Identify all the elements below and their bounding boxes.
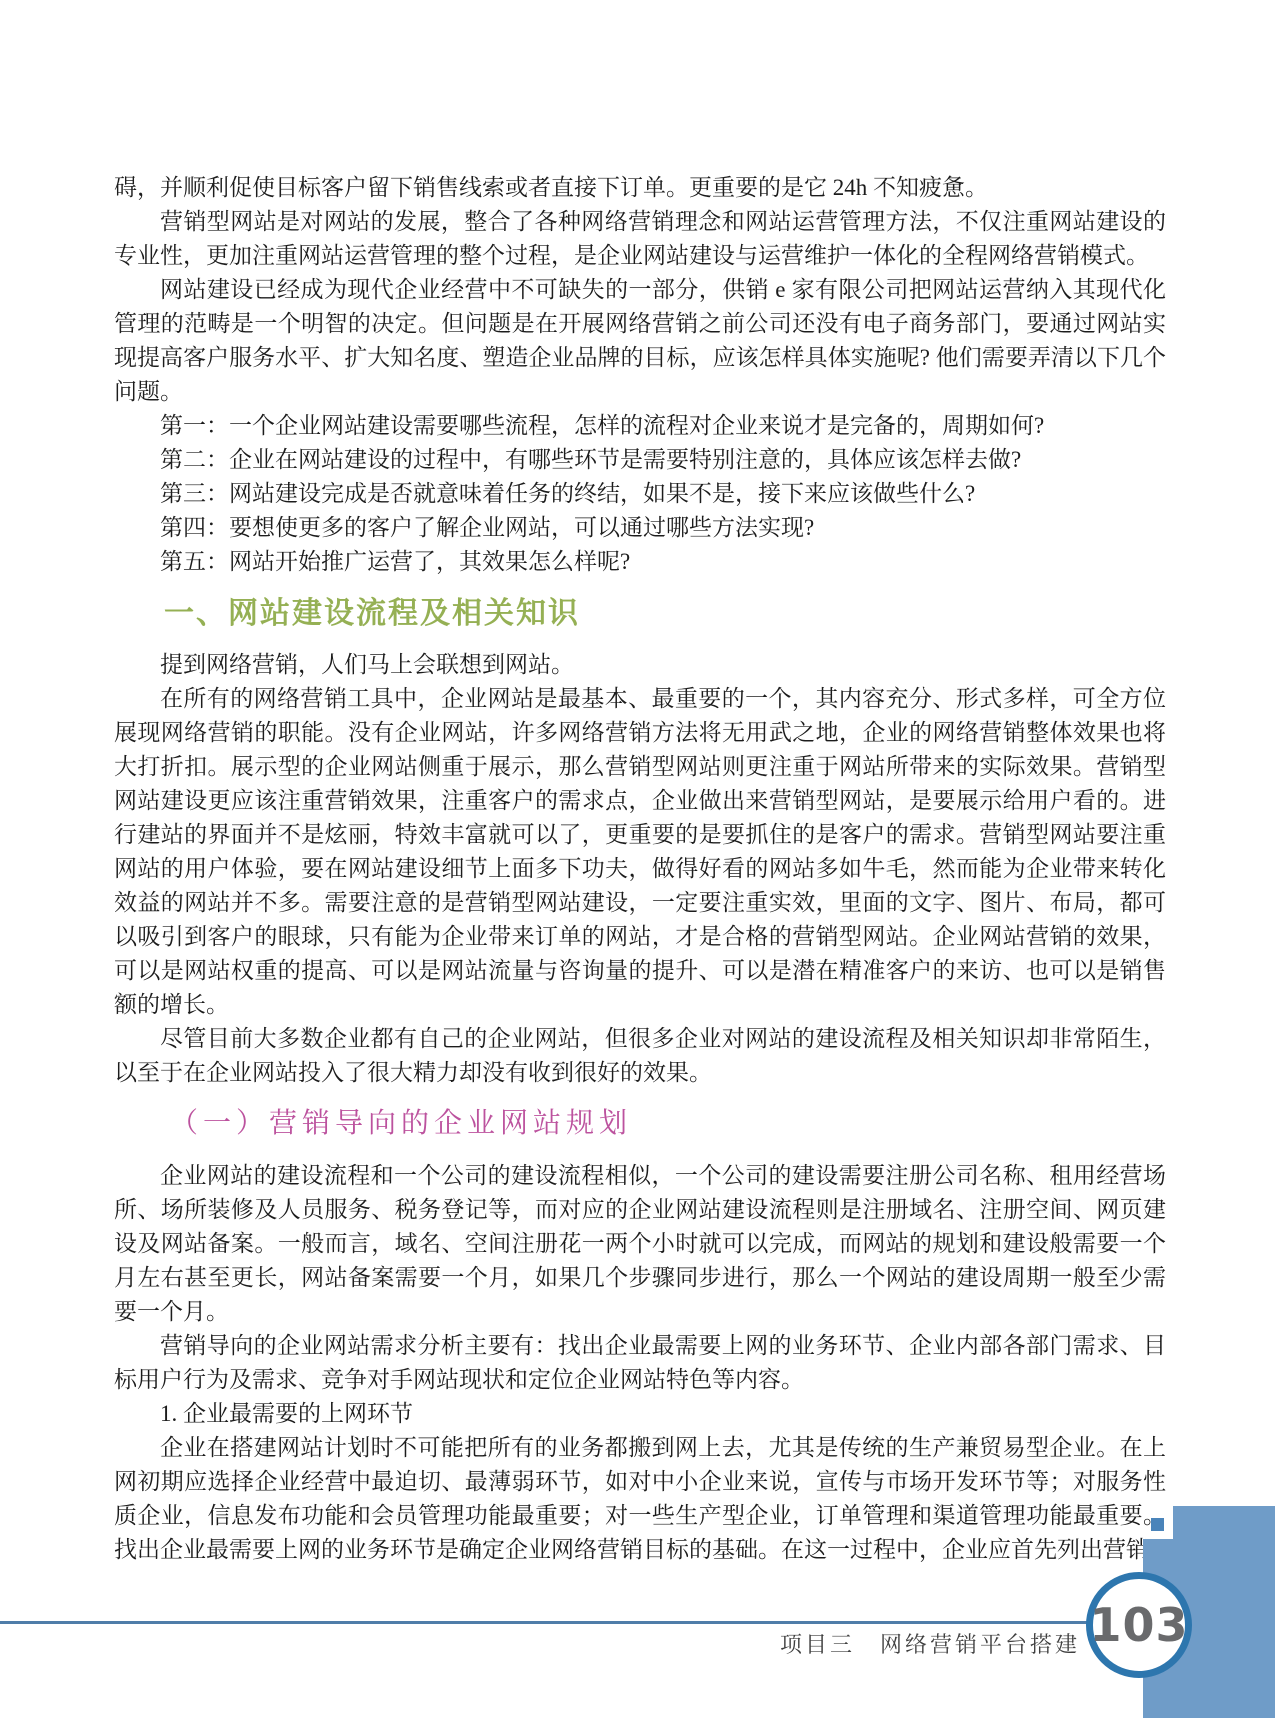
question-item-2: 第二：企业在网站建设的过程中，有哪些环节是需要特别注意的，具体应该怎样去做? (114, 443, 1166, 477)
paragraph: 尽管目前大多数企业都有自己的企业网站，但很多企业对网站的建设流程及相关知识却非常… (114, 1022, 1166, 1090)
paragraph: 企业网站的建设流程和一个公司的建设流程相似，一个公司的建设需要注册公司名称、租用… (114, 1159, 1166, 1329)
paragraph: 营销型网站是对网站的发展，整合了各种网络营销理念和网站运营管理方法，不仅注重网站… (114, 205, 1166, 273)
page-body: 碍，并顺利促使目标客户留下销售线索或者直接下订单。更重要的是它 24h 不知疲惫… (114, 171, 1166, 1567)
paragraph: 企业在搭建网站计划时不可能把所有的业务都搬到网上去，尤其是传统的生产兼贸易型企业… (114, 1431, 1166, 1567)
question-item-1: 第一：一个企业网站建设需要哪些流程，怎样的流程对企业来说才是完备的，周期如何? (114, 409, 1166, 443)
page-number: 103 (1089, 1602, 1188, 1648)
footer-rule (0, 1621, 1098, 1624)
numbered-subheading: 1. 企业最需要的上网环节 (114, 1397, 1166, 1431)
paragraph: 在所有的网络营销工具中，企业网站是最基本、最重要的一个，其内容充分、形式多样，可… (114, 682, 1166, 1022)
paragraph: 网站建设已经成为现代企业经营中不可缺失的一部分，供销 e 家有限公司把网站运营纳… (114, 273, 1166, 409)
question-item-3: 第三：网站建设完成是否就意味着任务的终结，如果不是，接下来应该做些什么? (114, 477, 1166, 511)
paragraph-continuation: 碍，并顺利促使目标客户留下销售线索或者直接下订单。更重要的是它 24h 不知疲惫… (114, 171, 1166, 205)
corner-decoration-square (1151, 1518, 1164, 1531)
paragraph: 营销导向的企业网站需求分析主要有：找出企业最需要上网的业务环节、企业内部各部门需… (114, 1329, 1166, 1397)
footer-chapter-label: 项目三 网络营销平台搭建 (0, 1633, 1080, 1659)
paragraph: 提到网络营销，人们马上会联想到网站。 (114, 648, 1166, 682)
textbook-page: 碍，并顺利促使目标客户留下销售线索或者直接下订单。更重要的是它 24h 不知疲惫… (0, 0, 1275, 1718)
page-number-badge: 103 (1086, 1572, 1192, 1678)
question-item-4: 第四：要想使更多的客户了解企业网站，可以通过哪些方法实现? (114, 511, 1166, 545)
corner-decoration-block-top (1173, 1506, 1275, 1539)
subsection-heading: （一）营销导向的企业网站规划 (114, 1104, 1166, 1144)
section-heading: 一、网站建设流程及相关知识 (114, 592, 1166, 636)
question-item-5: 第五：网站开始推广运营了，其效果怎么样呢? (114, 545, 1166, 579)
